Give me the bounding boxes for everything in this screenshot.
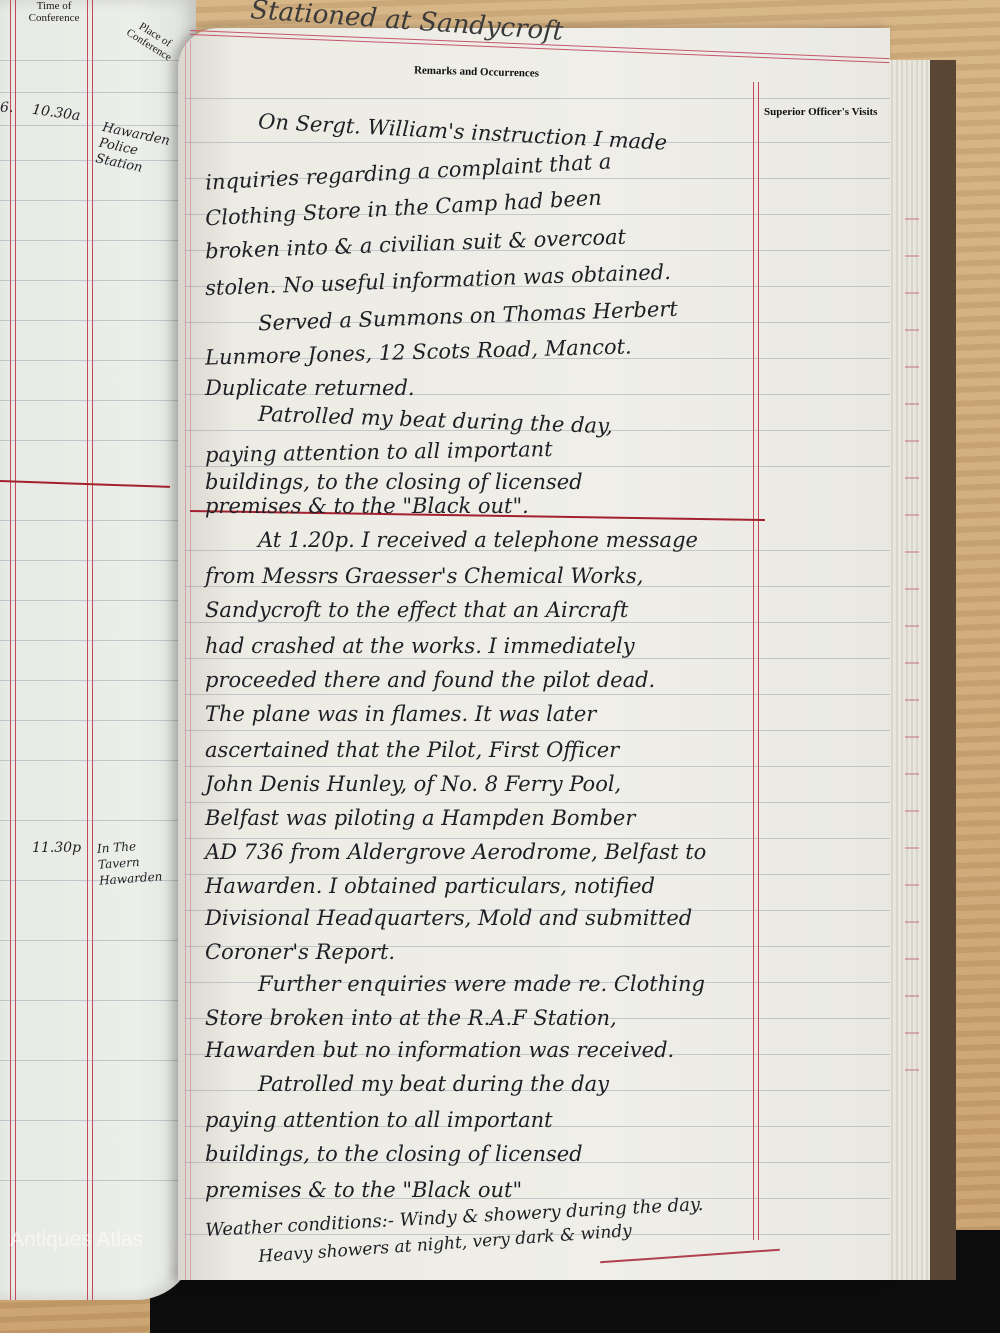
ruled-line — [0, 600, 196, 601]
ruled-line — [185, 658, 890, 659]
entry-time: 10.30a — [31, 102, 81, 125]
handwritten-line: Further enquiries were made re. Clothing — [258, 972, 705, 996]
handwritten-line: Sandycroft to the effect that an Aircraf… — [205, 598, 628, 622]
handwritten-line: Duplicate returned. — [205, 376, 415, 400]
ruled-line — [185, 730, 890, 731]
handwritten-line: paying attention to all important — [205, 1108, 553, 1132]
handwritten-line: AD 736 from Aldergrove Aerodrome, Belfas… — [205, 840, 706, 864]
ruled-line — [0, 560, 196, 561]
handwritten-line: Hawarden. I obtained particulars, notifi… — [205, 874, 655, 898]
ruled-line — [185, 622, 890, 623]
column-header-visits: Superior Officer's Visits — [764, 106, 877, 118]
column-rule — [753, 82, 759, 1240]
watermark: Antiques Atlas — [10, 1228, 143, 1252]
ruled-line — [0, 1000, 196, 1001]
ruled-line — [185, 802, 890, 803]
handwritten-line: premises & to the "Black out". — [205, 494, 529, 518]
column-header-time: Time of Conference — [22, 0, 86, 24]
ruled-line — [0, 720, 196, 721]
handwritten-line: At 1.20p. I received a telephone message — [258, 528, 698, 552]
ruled-line — [0, 820, 196, 821]
handwritten-line: buildings, to the closing of licensed — [205, 470, 583, 494]
ruled-line — [0, 1120, 196, 1121]
left-page: Time of Conference Place of Conference 6… — [0, 0, 196, 1300]
ruled-line — [0, 520, 196, 521]
handwritten-line: Coroner's Report. — [205, 940, 395, 964]
column-rule — [10, 0, 16, 1300]
ruled-line — [0, 92, 196, 93]
handwritten-line: The plane was in flames. It was later — [205, 702, 596, 726]
handwritten-line: proceeded there and found the pilot dead… — [205, 668, 655, 692]
ruled-line — [185, 694, 890, 695]
handwritten-line: Divisional Headquarters, Mold and submit… — [205, 906, 692, 930]
ruled-line — [0, 760, 196, 761]
column-rule — [185, 40, 191, 1280]
ruled-line — [185, 466, 890, 467]
page-edge-speckle — [905, 200, 919, 1100]
ruled-line — [0, 280, 196, 281]
handwritten-line: Hawarden but no information was received… — [205, 1038, 674, 1062]
handwritten-line: buildings, to the closing of licensed — [205, 1142, 583, 1166]
handwritten-line: premises & to the "Black out" — [205, 1178, 522, 1202]
ruled-line — [0, 240, 196, 241]
handwritten-line: Belfast was piloting a Hampden Bomber — [205, 806, 635, 830]
ruled-line — [185, 838, 890, 839]
ruled-line — [0, 60, 196, 61]
handwritten-line: John Denis Hunley, of No. 8 Ferry Pool, — [205, 772, 621, 796]
ruled-line — [0, 440, 196, 441]
handwritten-line: Store broken into at the R.A.F Station, — [205, 1006, 617, 1030]
ruled-line — [0, 360, 196, 361]
ruled-line — [0, 1060, 196, 1061]
handwritten-line: had crashed at the works. I immediately — [205, 634, 635, 658]
date-fragment: 6. — [0, 100, 13, 116]
column-rule — [87, 0, 93, 1300]
ruled-line — [0, 320, 196, 321]
ruled-line — [0, 200, 196, 201]
ruled-line — [0, 400, 196, 401]
book-cover-edge — [930, 60, 956, 1280]
entry-divider — [0, 480, 170, 488]
ruled-line — [0, 125, 196, 126]
handwritten-line: from Messrs Graesser's Chemical Works, — [205, 564, 643, 588]
entry-time: 11.30p — [32, 840, 81, 856]
entry-place: In The Tavern Hawarden — [96, 835, 179, 888]
ruled-line — [185, 98, 890, 99]
ruled-line — [0, 1180, 196, 1181]
ruled-line — [0, 940, 196, 941]
handwritten-line: ascertained that the Pilot, First Office… — [205, 738, 619, 762]
entry-place: Hawarden Police Station — [94, 120, 182, 184]
ruled-line — [0, 640, 196, 641]
ruled-line — [0, 680, 196, 681]
handwritten-line: Patrolled my beat during the day — [258, 1072, 609, 1096]
ruled-line — [185, 766, 890, 767]
